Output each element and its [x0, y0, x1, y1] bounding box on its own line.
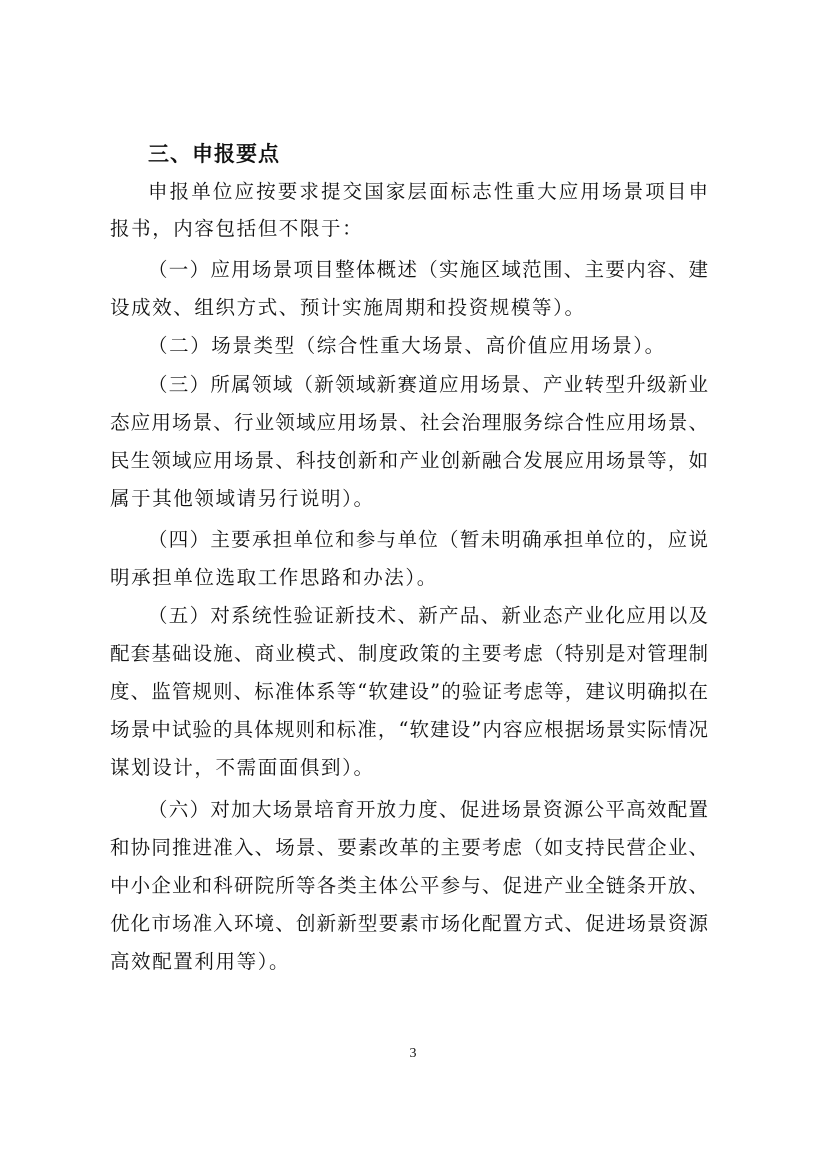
paragraph-item-6-line-4: 优化市场准入环境、创新新型要素市场化配置方式、促进场景资源 [110, 912, 708, 936]
paragraph-item-1-line-2: 设成效、组织方式、预计实施周期和投资规模等）。 [110, 296, 708, 320]
paragraph-item-5-line-5: 谋划设计，不需面面俱到）。 [110, 756, 708, 780]
paragraph-item-3-line-1: （三）所属领域（新领域新赛道应用场景、产业转型升级新业 [148, 373, 708, 397]
paragraph-intro-line-1: 申报单位应按要求提交国家层面标志性重大应用场景项目申 [148, 180, 708, 204]
paragraph-item-5-line-2: 配套基础设施、商业模式、制度政策的主要考虑（特别是对管理制 [110, 642, 708, 666]
paragraph-item-6-line-1: （六）对加大场景培育开放力度、促进场景资源公平高效配置 [148, 798, 708, 822]
paragraph-item-3-line-3: 民生领域应用场景、科技创新和产业创新融合发展应用场景等，如 [110, 449, 708, 473]
paragraph-item-5-line-3: 度、监管规则、标准体系等“软建设”的验证考虑等，建议明确拟在 [110, 680, 708, 704]
paragraph-item-4-line-2: 明承担单位选取工作思路和办法）。 [110, 566, 708, 590]
paragraph-item-3-line-2: 态应用场景、行业领域应用场景、社会治理服务综合性应用场景、 [110, 411, 708, 435]
paragraph-item-3-line-4: 属于其他领域请另行说明）。 [110, 487, 708, 511]
paragraph-item-6-line-3: 中小企业和科研院所等各类主体公平参与、促进产业全链条开放、 [110, 874, 708, 898]
paragraph-item-5-line-4: 场景中试验的具体规则和标准，“软建设”内容应根据场景实际情况 [110, 718, 708, 742]
paragraph-item-2-line-1: （二）场景类型（综合性重大场景、高价值应用场景）。 [148, 334, 708, 358]
page-number: 3 [0, 1046, 826, 1062]
paragraph-item-5-line-1: （五）对系统性验证新技术、新产品、新业态产业化应用以及 [148, 604, 708, 628]
section-heading: 三、申报要点 [148, 138, 280, 168]
paragraph-item-6-line-2: 和协同推进准入、场景、要素改革的主要考虑（如支持民营企业、 [110, 836, 708, 860]
document-page: 三、申报要点 申报单位应按要求提交国家层面标志性重大应用场景项目申 报书，内容包… [0, 0, 826, 1169]
paragraph-intro-line-2: 报书，内容包括但不限于： [110, 217, 708, 241]
paragraph-item-4-line-1: （四）主要承担单位和参与单位（暂未明确承担单位的，应说 [148, 528, 708, 552]
paragraph-item-6-line-5: 高效配置利用等）。 [110, 950, 708, 974]
paragraph-item-1-line-1: （一）应用场景项目整体概述（实施区域范围、主要内容、建 [148, 258, 708, 282]
